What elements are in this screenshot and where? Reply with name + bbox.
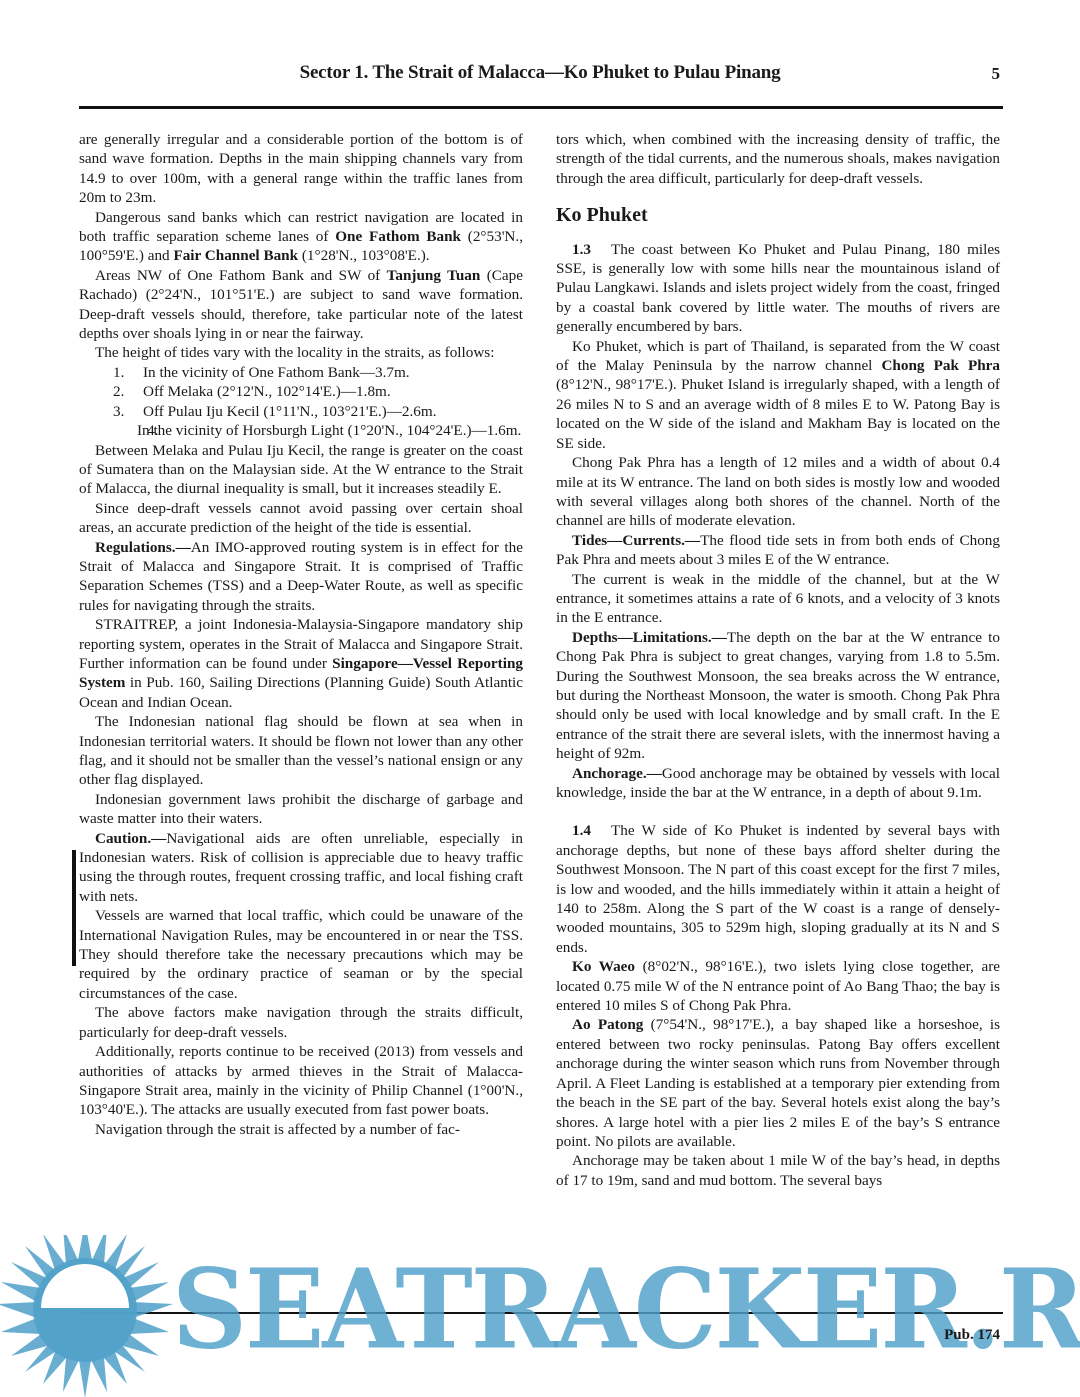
subheading: Anchorage.—	[572, 765, 662, 782]
running-header-title: Sector 1. The Strait of Malacca—Ko Phuke…	[0, 62, 1080, 84]
change-bar	[72, 850, 76, 966]
list-item: 2.Off Melaka (2°12'N., 102°14'E.)—1.8m.	[79, 382, 523, 401]
paragraph: Dangerous sand banks which can restrict …	[79, 208, 523, 266]
list-item: 4.In the vicinity of Horsburgh Light (1°…	[79, 421, 523, 440]
spacer	[556, 802, 1000, 821]
paragraph: Between Melaka and Pulau Iju Kecil, the …	[79, 441, 523, 499]
paragraph: The current is weak in the middle of the…	[556, 570, 1000, 628]
place-name: Fair Channel Bank	[173, 247, 298, 264]
header-rule	[79, 106, 1003, 109]
page-number: 5	[992, 64, 1001, 84]
section-heading: Ko Phuket	[556, 206, 1000, 225]
paragraph: Additionally, reports continue to be rec…	[79, 1042, 523, 1120]
paragraph: Ko Waeo (8°02'N., 98°16'E.), two islets …	[556, 957, 1000, 1015]
paragraph: 1.3The coast between Ko Phuket and Pulau…	[556, 240, 1000, 337]
paragraph: Ao Patong (7°54'N., 98°17'E.), a bay sha…	[556, 1015, 1000, 1151]
subheading: Depths—Limitations.—	[572, 629, 727, 646]
paragraph: Anchorage may be taken about 1 mile W of…	[556, 1151, 1000, 1190]
paragraph: Caution.—Navigational aids are often unr…	[79, 829, 523, 907]
watermark-text: SEATRACKER.RU	[172, 1255, 1080, 1364]
paragraph: Depths—Limitations.—The depth on the bar…	[556, 628, 1000, 764]
subheading: Caution.—	[95, 830, 166, 847]
place-name: Tanjung Tuan	[387, 267, 481, 284]
paragraph: The above factors make navigation throug…	[79, 1003, 523, 1042]
paragraph: The height of tides vary with the locali…	[79, 343, 523, 362]
paragraph: Chong Pak Phra has a length of 12 miles …	[556, 453, 1000, 531]
paragraph: STRAITREP, a joint Indonesia-Malaysia-Si…	[79, 615, 523, 712]
paragraph: are generally irregular and a considerab…	[79, 130, 523, 208]
paragraph: Indonesian government laws prohibit the …	[79, 790, 523, 829]
list-item: 1.In the vicinity of One Fathom Bank—3.7…	[79, 363, 523, 382]
paragraph: Regulations.—An IMO-approved routing sys…	[79, 538, 523, 616]
left-column: are generally irregular and a considerab…	[79, 130, 523, 1139]
place-name: Ao Patong	[572, 1016, 643, 1033]
place-name: Chong Pak Phra	[881, 357, 1000, 374]
paragraph: Navigation through the strait is affecte…	[79, 1120, 523, 1139]
paragraph: Tides—Currents.—The flood tide sets in f…	[556, 531, 1000, 570]
paragraph-number: 1.3	[572, 241, 591, 258]
publication-label: Pub. 174	[944, 1327, 1000, 1344]
subheading: Tides—Currents.—	[572, 532, 700, 549]
paragraph: tors which, when combined with the incre…	[556, 130, 1000, 188]
paragraph-number: 1.4	[572, 822, 591, 839]
subheading: Regulations.—	[95, 539, 191, 556]
list-item: 3.Off Pulau Iju Kecil (1°11'N., 103°21'E…	[79, 402, 523, 421]
paragraph: Vessels are warned that local traffic, w…	[79, 906, 523, 1003]
place-name: One Fathom Bank	[335, 228, 461, 245]
paragraph: The Indonesian national flag should be f…	[79, 712, 523, 790]
paragraph: 1.4The W side of Ko Phuket is indented b…	[556, 821, 1000, 957]
paragraph: Anchorage.—Good anchorage may be obtaine…	[556, 764, 1000, 803]
right-column: tors which, when combined with the incre…	[556, 130, 1000, 1190]
paragraph: Since deep-draft vessels cannot avoid pa…	[79, 499, 523, 538]
paragraph: Ko Phuket, which is part of Thailand, is…	[556, 337, 1000, 453]
place-name: Ko Waeo	[572, 958, 635, 975]
paragraph: Areas NW of One Fathom Bank and SW of Ta…	[79, 266, 523, 344]
